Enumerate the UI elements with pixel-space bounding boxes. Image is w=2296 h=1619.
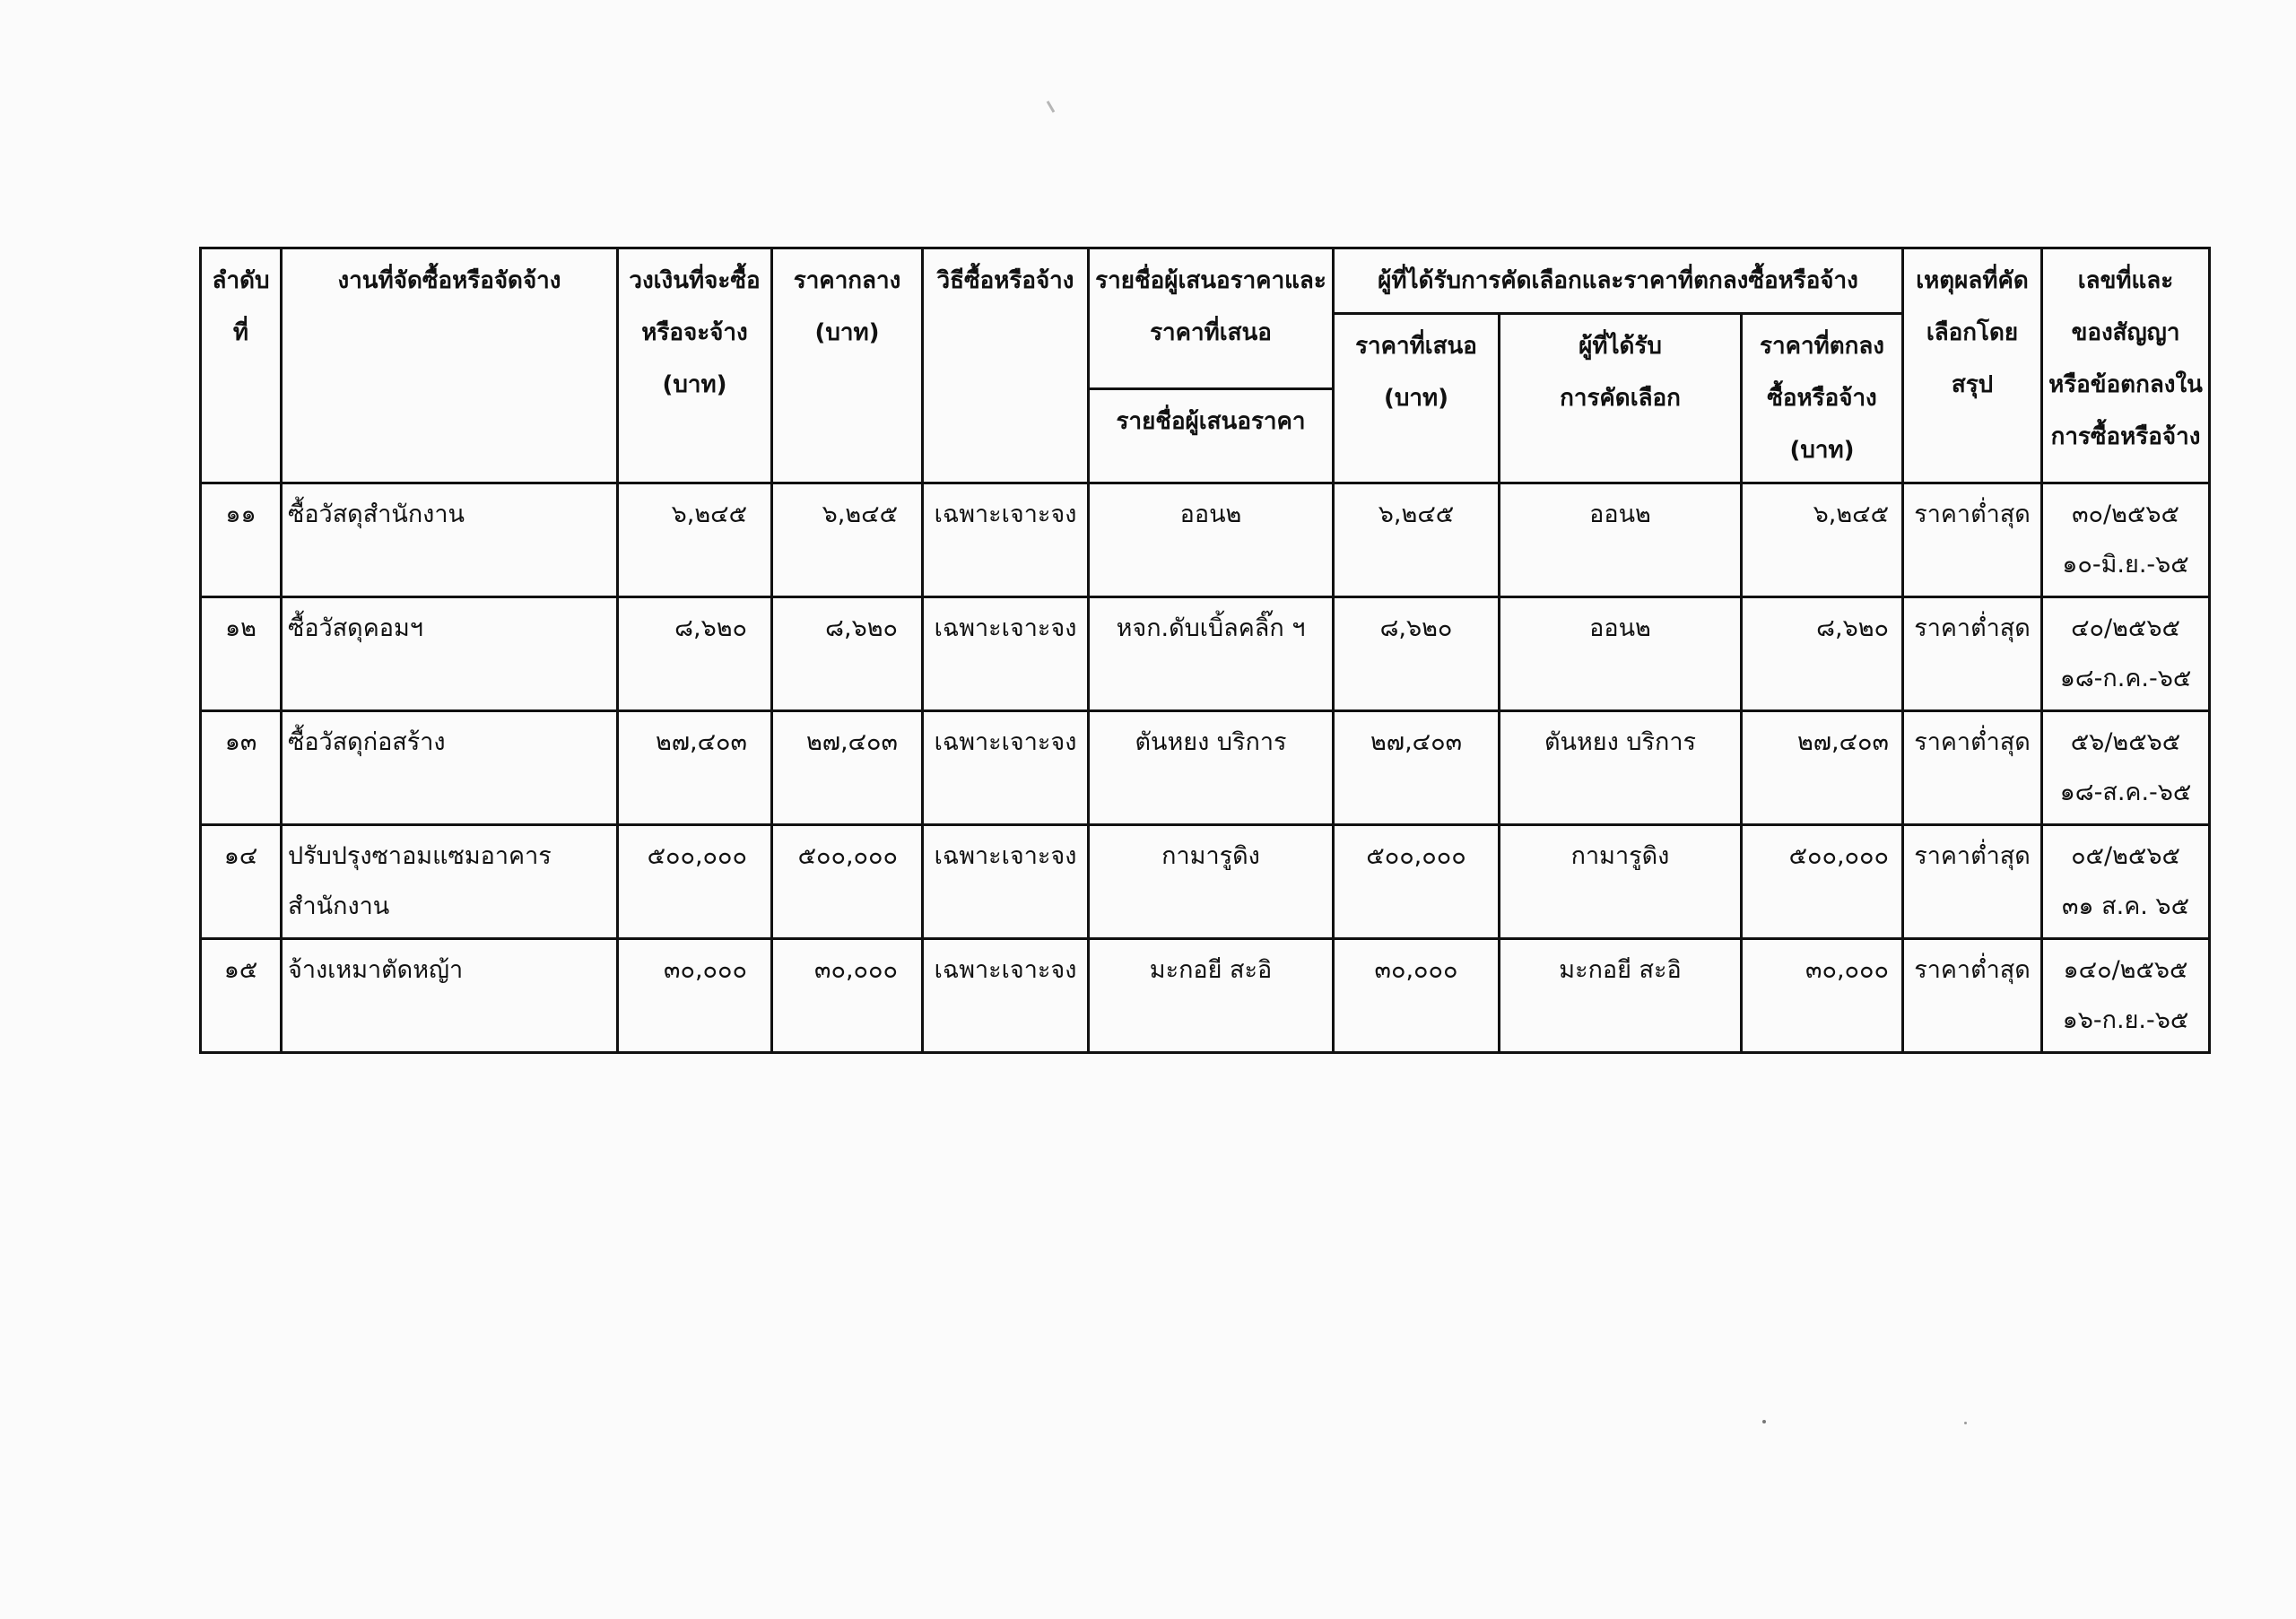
header-agreed-price: ราคาที่ตกลง ซื้อหรือจ้าง (บาท) [1742, 314, 1903, 483]
work-line: ปรับปรุงซาอมแซมอาคาร [288, 831, 611, 882]
header-method: วิธีซื้อหรือจ้าง [923, 248, 1089, 483]
row-selected: ตันหยง บริการ [1500, 711, 1742, 825]
row-no: ๑๔ [201, 825, 282, 939]
row-selected: ออน๒ [1500, 483, 1742, 597]
row-selected: กามารูดิง [1500, 825, 1742, 939]
row-contract: ๑๔๐/๒๕๖๕๑๖-ก.ย.-๖๕ [2042, 939, 2210, 1053]
header-text: ราคากลาง [778, 255, 916, 307]
row-work: ซื้อวัสดุก่อสร้าง [282, 711, 618, 825]
row-bidder: มะกอยี สะอิ [1089, 939, 1334, 1053]
row-contract: ๔๐/๒๕๖๕๑๘-ก.ค.-๖๕ [2042, 597, 2210, 711]
header-text: รายชื่อผู้เสนอราคาและ [1095, 255, 1326, 307]
contract-no: ๓๐/๒๕๖๕ [2048, 490, 2203, 540]
header-text: เลือกโดยสรุป [1909, 307, 2035, 411]
row-budget: ๕๐๐,๐๐๐ [618, 825, 772, 939]
row-budget: ๘,๖๒๐ [618, 597, 772, 711]
contract-no: ๑๔๐/๒๕๖๕ [2048, 945, 2203, 996]
row-no: ๑๑ [201, 483, 282, 597]
row-median: ๕๐๐,๐๐๐ [772, 825, 923, 939]
row-selected: มะกอยี สะอิ [1500, 939, 1742, 1053]
row-method: เฉพาะเจาะจง [923, 711, 1089, 825]
row-median: ๓๐,๐๐๐ [772, 939, 923, 1053]
contract-date: ๓๑ ส.ค. ๖๕ [2048, 882, 2203, 932]
row-contract: ๐๕/๒๕๖๕๓๑ ส.ค. ๖๕ [2042, 825, 2210, 939]
table-row: ๑๕จ้างเหมาตัดหญ้า๓๐,๐๐๐๓๐,๐๐๐เฉพาะเจาะจง… [201, 939, 2210, 1053]
row-work: ปรับปรุงซาอมแซมอาคารสำนักงาน [282, 825, 618, 939]
row-offered: ๒๗,๔๐๓ [1334, 711, 1500, 825]
work-line: ซื้อวัสดุก่อสร้าง [288, 718, 611, 768]
header-bidders: รายชื่อผู้เสนอราคาและ ราคาที่เสนอ [1089, 248, 1334, 389]
row-agreed: ๕๐๐,๐๐๐ [1742, 825, 1903, 939]
work-line: จ้างเหมาตัดหญ้า [288, 945, 611, 996]
procurement-table: ลำดับ ที่ งานที่จัดซื้อหรือจัดจ้าง วงเงิ… [199, 247, 2211, 1054]
row-agreed: ๓๐,๐๐๐ [1742, 939, 1903, 1053]
header-selected-group: ผู้ที่ได้รับการคัดเลือกและราคาที่ตกลงซื้… [1334, 248, 1903, 314]
header-text: เลขที่และ [2048, 255, 2203, 307]
row-no: ๑๕ [201, 939, 282, 1053]
header-reason: เหตุผลที่คัด เลือกโดยสรุป [1903, 248, 2042, 483]
contract-date: ๑๘-ส.ค.-๖๕ [2048, 768, 2203, 818]
row-no: ๑๒ [201, 597, 282, 711]
work-line: สำนักงาน [288, 882, 611, 932]
header-text: การซื้อหรือจ้าง [2048, 411, 2203, 463]
row-offered: ๘,๖๒๐ [1334, 597, 1500, 711]
row-budget: ๓๐,๐๐๐ [618, 939, 772, 1053]
row-reason: ราคาต่ำสุด [1903, 939, 2042, 1053]
row-method: เฉพาะเจาะจง [923, 597, 1089, 711]
header-text: (บาท) [778, 307, 916, 359]
row-bidder: กามารูดิง [1089, 825, 1334, 939]
header-text: ราคาที่เสนอ [1340, 320, 1492, 372]
header-median-price: ราคากลาง (บาท) [772, 248, 923, 483]
scan-dot [1762, 1420, 1766, 1423]
row-offered: ๓๐,๐๐๐ [1334, 939, 1500, 1053]
header-text: ราคาที่เสนอ [1095, 307, 1326, 359]
row-method: เฉพาะเจาะจง [923, 939, 1089, 1053]
scan-dot [1964, 1422, 1967, 1424]
header-text: หรือข้อตกลงใน [2048, 359, 2203, 411]
contract-no: ๐๕/๒๕๖๕ [2048, 831, 2203, 882]
row-agreed: ๒๗,๔๐๓ [1742, 711, 1903, 825]
row-reason: ราคาต่ำสุด [1903, 597, 2042, 711]
header-text: ลำดับ [207, 255, 274, 307]
row-reason: ราคาต่ำสุด [1903, 483, 2042, 597]
header-budget: วงเงินที่จะซื้อ หรือจะจ้าง (บาท) [618, 248, 772, 483]
row-agreed: ๘,๖๒๐ [1742, 597, 1903, 711]
header-text: ของสัญญา [2048, 307, 2203, 359]
row-no: ๑๓ [201, 711, 282, 825]
table-row: ๑๔ปรับปรุงซาอมแซมอาคารสำนักงาน๕๐๐,๐๐๐๕๐๐… [201, 825, 2210, 939]
row-contract: ๕๖/๒๕๖๕๑๘-ส.ค.-๖๕ [2042, 711, 2210, 825]
row-contract: ๓๐/๒๕๖๕๑๐-มิ.ย.-๖๕ [2042, 483, 2210, 597]
row-work: ซื้อวัสดุคอมฯ [282, 597, 618, 711]
header-row-1: ลำดับ ที่ งานที่จัดซื้อหรือจัดจ้าง วงเงิ… [201, 248, 2210, 314]
contract-no: ๔๐/๒๕๖๕ [2048, 604, 2203, 654]
header-contract: เลขที่และ ของสัญญา หรือข้อตกลงใน การซื้อ… [2042, 248, 2210, 483]
row-median: ๘,๖๒๐ [772, 597, 923, 711]
header-text: ที่ [207, 307, 274, 359]
header-work: งานที่จัดซื้อหรือจัดจ้าง [282, 248, 618, 483]
row-offered: ๖,๒๔๕ [1334, 483, 1500, 597]
row-method: เฉพาะเจาะจง [923, 483, 1089, 597]
contract-date: ๑๖-ก.ย.-๖๕ [2048, 996, 2203, 1046]
row-bidder: หจก.ดับเบิ้ลคลิ๊ก ฯ [1089, 597, 1334, 711]
header-bidders-sub: รายชื่อผู้เสนอราคา [1089, 388, 1334, 483]
row-reason: ราคาต่ำสุด [1903, 711, 2042, 825]
row-offered: ๕๐๐,๐๐๐ [1334, 825, 1500, 939]
header-text: (บาท) [1748, 424, 1896, 476]
contract-date: ๑๘-ก.ค.-๖๕ [2048, 654, 2203, 704]
header-text: ราคาที่ตกลง [1748, 320, 1896, 372]
row-budget: ๒๗,๔๐๓ [618, 711, 772, 825]
work-line: ซื้อวัสดุสำนักงาน [288, 490, 611, 540]
header-offered-price: ราคาที่เสนอ (บาท) [1334, 314, 1500, 483]
table-row: ๑๓ซื้อวัสดุก่อสร้าง๒๗,๔๐๓๒๗,๔๐๓เฉพาะเจาะ… [201, 711, 2210, 825]
header-text: ซื้อหรือจ้าง [1748, 372, 1896, 424]
row-method: เฉพาะเจาะจง [923, 825, 1089, 939]
header-text: เหตุผลที่คัด [1909, 255, 2035, 307]
work-line: ซื้อวัสดุคอมฯ [288, 604, 611, 654]
table-row: ๑๑ซื้อวัสดุสำนักงาน๖,๒๔๕๖,๒๔๕เฉพาะเจาะจง… [201, 483, 2210, 597]
table-row: ๑๒ซื้อวัสดุคอมฯ๘,๖๒๐๘,๖๒๐เฉพาะเจาะจงหจก.… [201, 597, 2210, 711]
row-work: จ้างเหมาตัดหญ้า [282, 939, 618, 1053]
row-bidder: ตันหยง บริการ [1089, 711, 1334, 825]
row-bidder: ออน๒ [1089, 483, 1334, 597]
row-median: ๒๗,๔๐๓ [772, 711, 923, 825]
header-text: วงเงินที่จะซื้อ [624, 255, 765, 307]
header-text: หรือจะจ้าง [624, 307, 765, 359]
contract-date: ๑๐-มิ.ย.-๖๕ [2048, 540, 2203, 590]
row-selected: ออน๒ [1500, 597, 1742, 711]
row-reason: ราคาต่ำสุด [1903, 825, 2042, 939]
scan-mark [1047, 100, 1056, 113]
row-work: ซื้อวัสดุสำนักงาน [282, 483, 618, 597]
row-median: ๖,๒๔๕ [772, 483, 923, 597]
header-text: (บาท) [624, 359, 765, 411]
row-budget: ๖,๒๔๕ [618, 483, 772, 597]
header-text: ผู้ที่ได้รับ [1506, 320, 1735, 372]
row-agreed: ๖,๒๔๕ [1742, 483, 1903, 597]
header-no: ลำดับ ที่ [201, 248, 282, 483]
header-text: การคัดเลือก [1506, 372, 1735, 424]
header-selected: ผู้ที่ได้รับ การคัดเลือก [1500, 314, 1742, 483]
header-text: (บาท) [1340, 372, 1492, 424]
contract-no: ๕๖/๒๕๖๕ [2048, 718, 2203, 768]
